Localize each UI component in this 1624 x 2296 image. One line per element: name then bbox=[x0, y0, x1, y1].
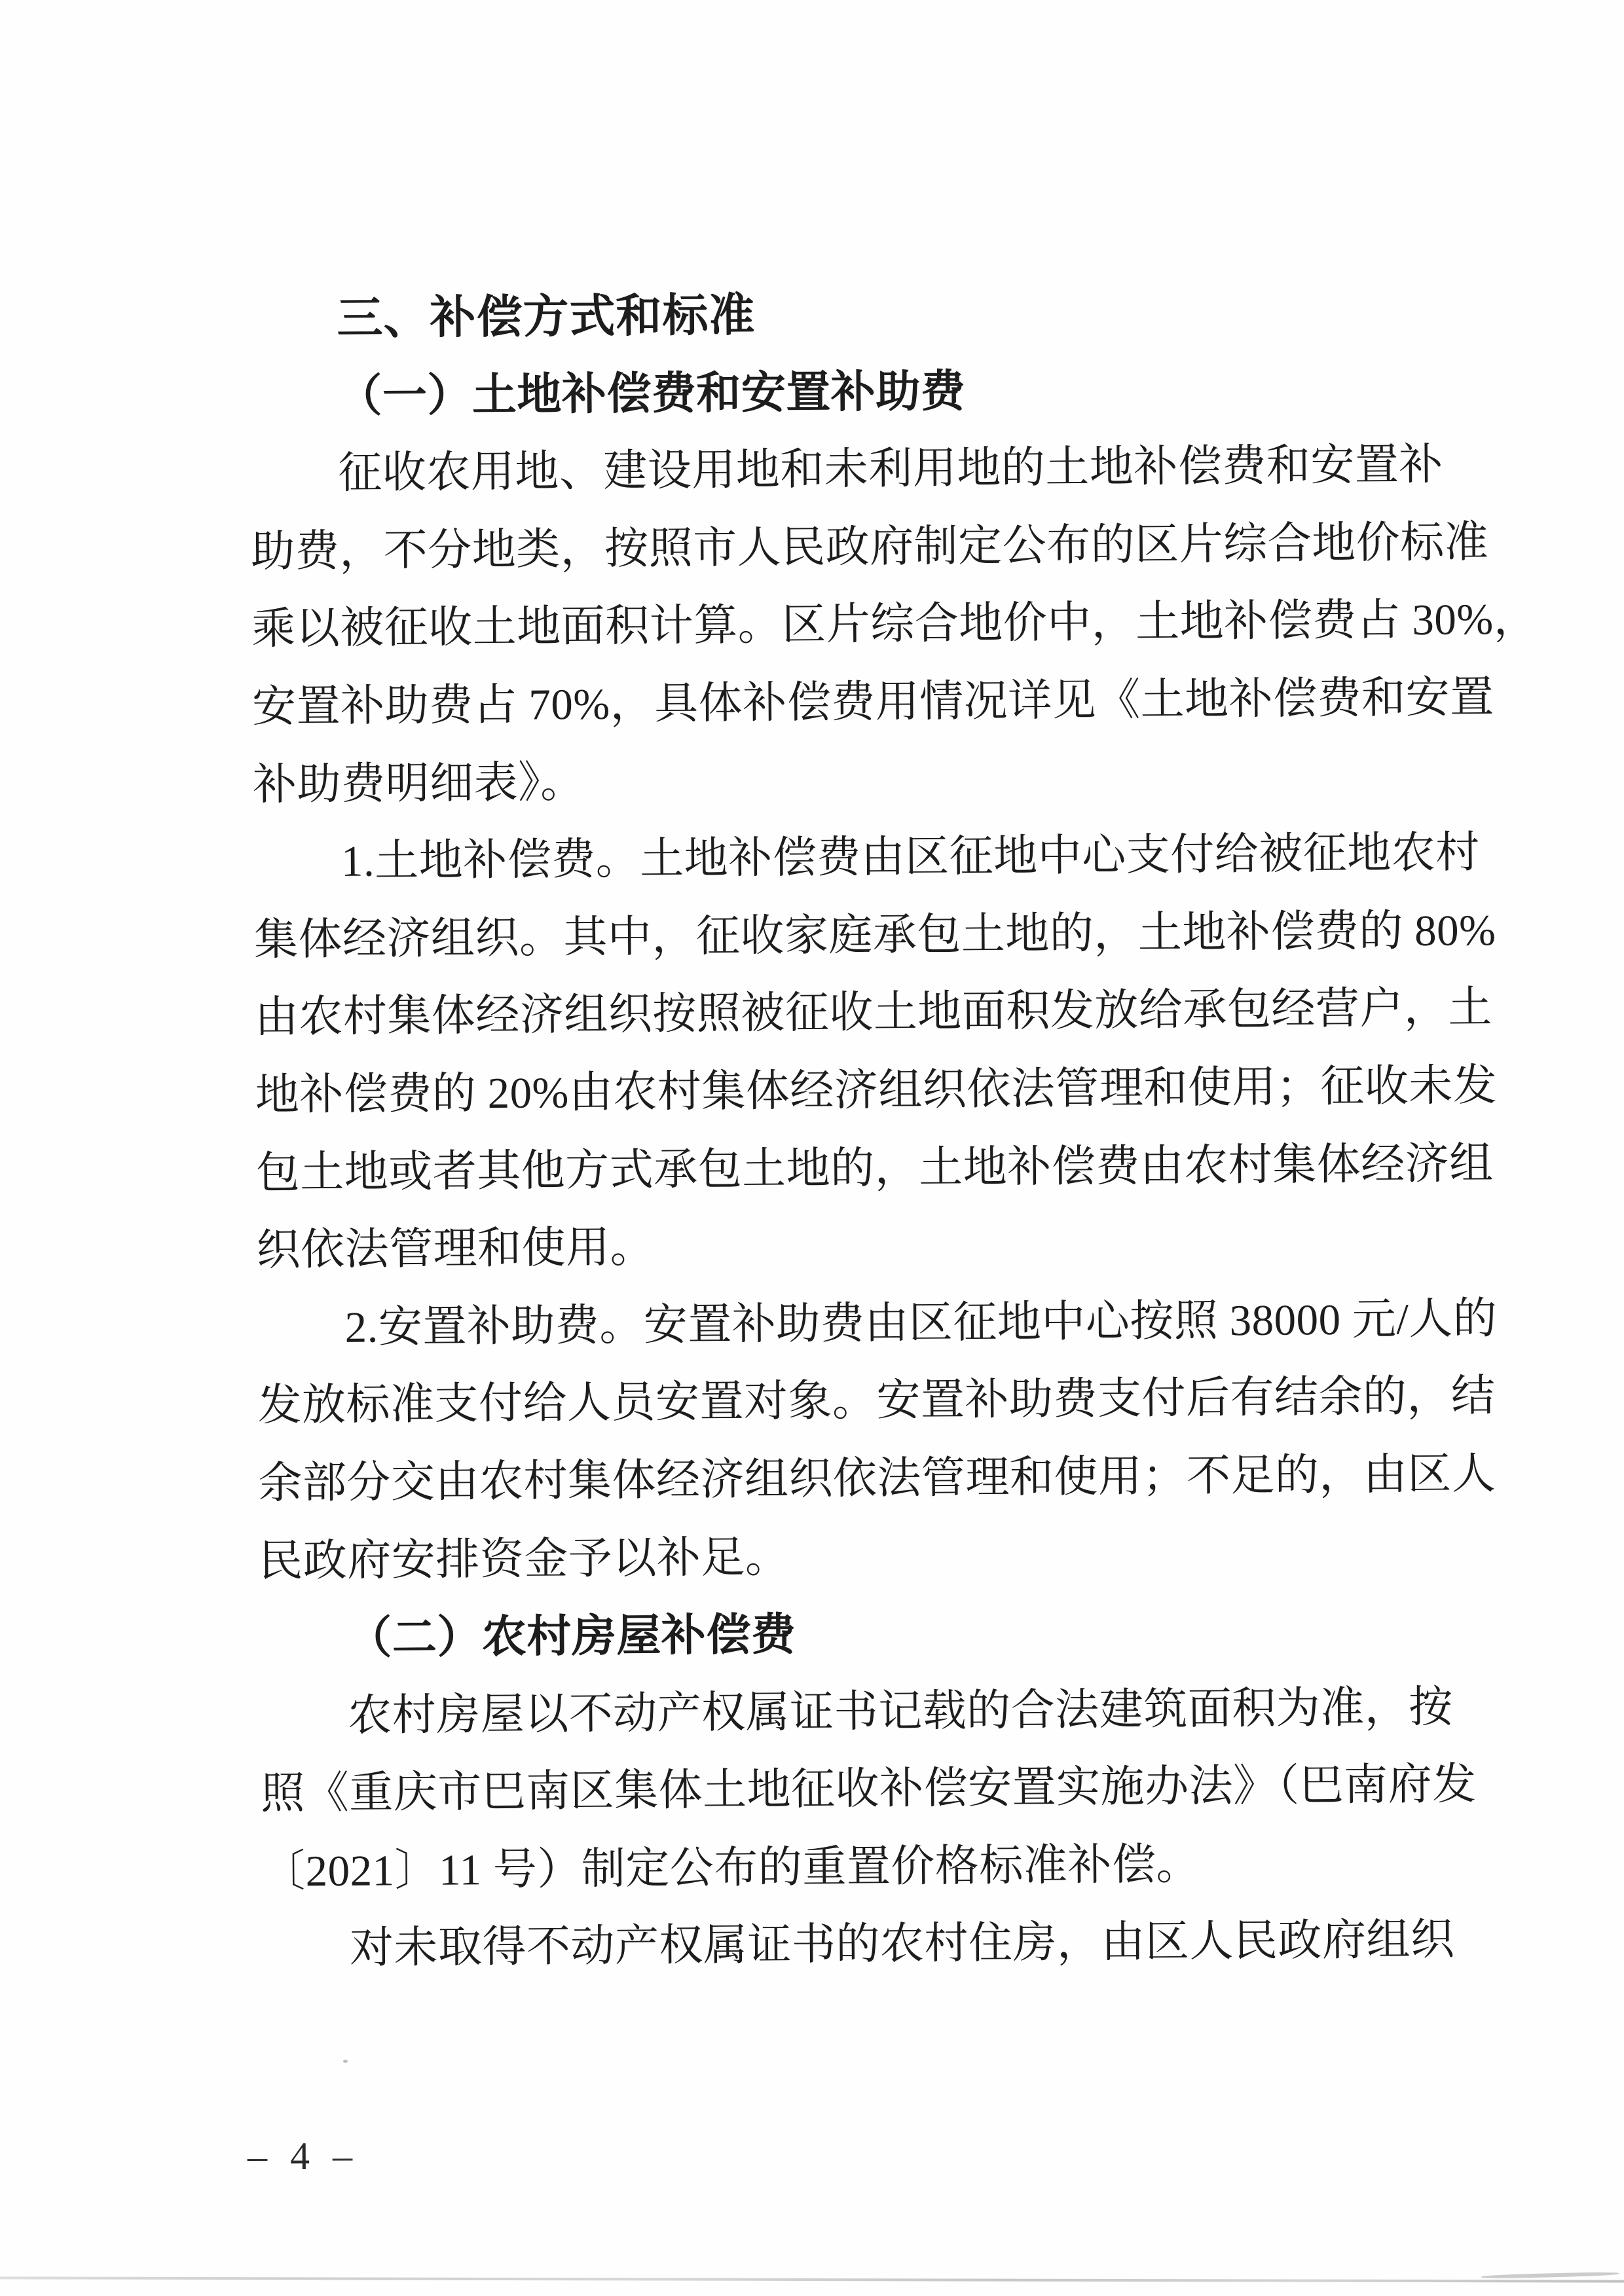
scan-edge-artifact bbox=[0, 2276, 1624, 2282]
text-line: 集体经济组织。其中，征收家庭承包土地的，土地补偿费的 80% bbox=[253, 892, 1452, 979]
text-line: 包土地或者其他方式承包土地的，土地补偿费由农村集体经济组 bbox=[255, 1125, 1454, 1212]
text-line: 发放标准支付给人员安置对象。安置补助费支付后有结余的，结 bbox=[257, 1358, 1456, 1445]
page-number: – 4 – bbox=[248, 2126, 359, 2186]
paragraph: 2.安置补助费。安置补助费由区征地中心按照 38000 元/人的发放标准支付给人… bbox=[257, 1280, 1458, 1600]
scan-speck-artifact bbox=[343, 2060, 348, 2063]
paragraph: 对未取得不动产权属证书的农村住房，由区人民政府组织 bbox=[262, 1901, 1461, 1988]
text-line: 2.安置补助费。安置补助费由区征地中心按照 38000 元/人的 bbox=[257, 1280, 1456, 1367]
text-line: 对未取得不动产权属证书的农村住房，由区人民政府组织 bbox=[262, 1901, 1461, 1988]
text-line: 余部分交由农村集体经济组织依法管理和使用；不足的，由区人 bbox=[258, 1435, 1457, 1522]
document-page: 三、补偿方式和标准（一）土地补偿费和安置补助费征收农用地、建设用地和未利用地的土… bbox=[0, 0, 1624, 2296]
text-line: 民政府安排资金予以补足。 bbox=[259, 1513, 1458, 1600]
text-line: 乘以被征收土地面积计算。区片综合地价中，土地补偿费占 30%， bbox=[251, 581, 1450, 668]
text-line: 补助费明细表》。 bbox=[253, 737, 1452, 824]
document-body: 三、补偿方式和标准（一）土地补偿费和安置补助费征收农用地、建设用地和未利用地的土… bbox=[249, 271, 1460, 1988]
section-heading: （一）土地补偿费和安置补助费 bbox=[249, 348, 1449, 435]
section-heading: 三、补偿方式和标准 bbox=[249, 271, 1448, 358]
text-line: 由农村集体经济组织按照被征收土地面积发放给承包经营户，土 bbox=[254, 970, 1453, 1057]
text-line: （二）农村房屋补偿费 bbox=[259, 1591, 1458, 1678]
text-line: 织依法管理和使用。 bbox=[256, 1203, 1455, 1290]
text-line: 三、补偿方式和标准 bbox=[249, 271, 1448, 358]
text-line: 地补偿费的 20%由农村集体经济组织依法管理和使用；征收未发 bbox=[255, 1048, 1454, 1135]
text-line: 农村房屋以不动产权属证书记载的合法建筑面积为准，按 bbox=[260, 1668, 1459, 1755]
text-line: 1.土地补偿费。土地补偿费由区征地中心支付给被征地农村 bbox=[253, 814, 1452, 902]
text-line: 安置补助费占 70%，具体补偿费用情况详见《土地补偿费和安置 bbox=[252, 659, 1451, 746]
text-line: （一）土地补偿费和安置补助费 bbox=[249, 348, 1449, 435]
text-line: 助费，不分地类，按照市人民政府制定公布的区片综合地价标准 bbox=[251, 503, 1450, 591]
text-line: 〔2021〕11 号）制定公布的重置价格标准补偿。 bbox=[261, 1823, 1460, 1910]
scan-edge-wave bbox=[1481, 2272, 1619, 2279]
section-heading: （二）农村房屋补偿费 bbox=[259, 1591, 1458, 1678]
paragraph: 1.土地补偿费。土地补偿费由区征地中心支付给被征地农村集体经济组织。其中，征收家… bbox=[253, 814, 1456, 1290]
text-line: 征收农用地、建设用地和未利用地的土地补偿费和安置补 bbox=[250, 426, 1449, 513]
paragraph: 农村房屋以不动产权属证书记载的合法建筑面积为准，按照《重庆市巴南区集体土地征收补… bbox=[260, 1668, 1460, 1910]
text-line: 照《重庆市巴南区集体土地征收补偿安置实施办法》（巴南府发 bbox=[261, 1746, 1460, 1833]
paragraph: 征收农用地、建设用地和未利用地的土地补偿费和安置补助费，不分地类，按照市人民政府… bbox=[250, 426, 1452, 824]
